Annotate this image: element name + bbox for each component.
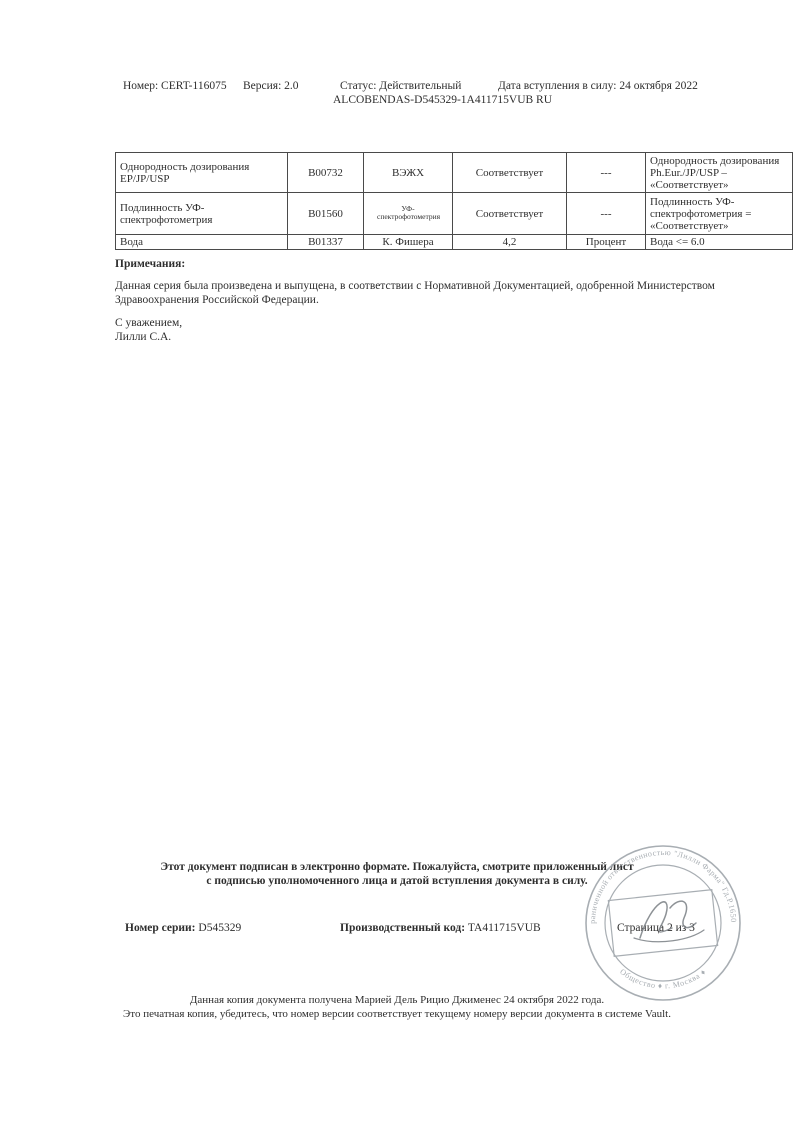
doc-status: Статус: Действительный [340, 80, 461, 92]
test-code: B00732 [288, 153, 364, 193]
signature-notice: Этот документ подписан в электронно форм… [0, 860, 794, 888]
stamp-ring-text-bottom: Общество ♦ г. Москва ♦ [618, 967, 708, 990]
test-code: B01560 [288, 193, 364, 235]
test-spec: Однородность дозирования Ph.Eur./JP/USP … [646, 153, 793, 193]
test-code: B01337 [288, 235, 364, 250]
page-indicator: Страница 2 из 3 [617, 922, 695, 934]
test-name: Вода [116, 235, 288, 250]
production-code-label: Производственный код: [340, 922, 465, 934]
test-result: Соответствует [453, 153, 567, 193]
doc-effective-date: Дата вступления в силу: 24 октября 2022 [498, 80, 698, 92]
test-units: --- [567, 193, 646, 235]
qc-results-table: Однородность дозирования EP/JP/USP B0073… [115, 152, 793, 250]
test-units: --- [567, 153, 646, 193]
test-units: Процент [567, 235, 646, 250]
series-number: Номер серии: D545329 [125, 922, 241, 934]
doc-code: ALCOBENDAS-D545329-1A411715VUB RU [333, 94, 552, 106]
table-row: Подлинность УФ-спектрофотометрия B01560 … [116, 193, 793, 235]
received-note-line1: Данная копия документа получена Марией Д… [0, 993, 794, 1007]
table-row: Однородность дозирования EP/JP/USP B0073… [116, 153, 793, 193]
test-method-text: УФ-спектрофотометрия [377, 205, 439, 221]
test-method: ВЭЖХ [364, 153, 453, 193]
doc-version: Версия: 2.0 [243, 80, 299, 92]
test-result: Соответствует [453, 193, 567, 235]
test-name: Подлинность УФ-спектрофотометрия [116, 193, 288, 235]
closing-block: С уважением, Лилли С.А. [115, 317, 182, 344]
signature-notice-line1: Этот документ подписан в электронно форм… [0, 860, 794, 874]
test-method: УФ-спектрофотометрия [364, 193, 453, 235]
notes-body: Данная серия была произведена и выпущена… [115, 279, 765, 307]
test-name: Однородность дозирования EP/JP/USP [116, 153, 288, 193]
series-label: Номер серии: [125, 922, 196, 934]
test-spec: Вода <= 6.0 [646, 235, 793, 250]
test-result: 4,2 [453, 235, 567, 250]
production-code: Производственный код: TA411715VUB [340, 922, 541, 934]
closing-line2: Лилли С.А. [115, 331, 182, 345]
doc-number: Номер: CERT-116075 [123, 80, 227, 92]
notes-title: Примечания: [115, 258, 185, 270]
production-code-value: TA411715VUB [468, 922, 541, 934]
received-note: Данная копия документа получена Марией Д… [0, 993, 794, 1021]
series-value: D545329 [198, 922, 241, 934]
certificate-page: Номер: CERT-116075 Версия: 2.0 Статус: Д… [0, 0, 794, 1122]
closing-line1: С уважением, [115, 317, 182, 331]
test-method: К. Фишера [364, 235, 453, 250]
received-note-line2: Это печатная копия, убедитесь, что номер… [0, 1007, 794, 1021]
table-row: Вода B01337 К. Фишера 4,2 Процент Вода <… [116, 235, 793, 250]
signature-notice-line2: с подписью уполномоченного лица и датой … [0, 874, 794, 888]
test-spec: Подлинность УФ-спектрофотометрия = «Соот… [646, 193, 793, 235]
